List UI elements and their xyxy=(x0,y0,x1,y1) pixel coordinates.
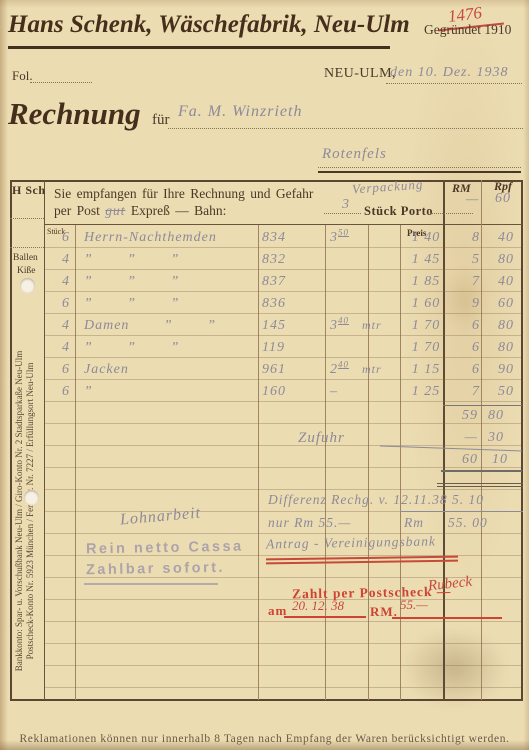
intro-line-2: per Post gut Expreß — Bahn: xyxy=(54,203,226,219)
intro-line-1: Sie empfangen für Ihre Rechnung und Gefa… xyxy=(54,186,313,202)
row-amount-rm: 7 xyxy=(448,384,480,400)
diff-note-handwritten: Differenz Rechg. v. 12.11.38 xyxy=(268,492,448,508)
row-amount-rm: 6 xyxy=(448,362,480,378)
subtotal-rpf: 80 xyxy=(488,408,504,424)
place-dotted-line xyxy=(318,167,521,168)
zufuhr-rm: — xyxy=(448,430,478,446)
row-amount-rpf: 80 xyxy=(488,252,524,268)
rm-label-handwritten: Rm xyxy=(404,515,424,531)
invoice-for-label: für xyxy=(152,112,170,129)
paid-date-line xyxy=(284,616,366,618)
stueck-porto-label: Stück Porto xyxy=(364,204,433,219)
table-row: 4Damen ” ”145340mtr1 70680 xyxy=(44,316,522,338)
row-price: 1 40 xyxy=(404,230,448,246)
row-amount-rm: 9 xyxy=(448,296,480,312)
intro-per-post: per Post xyxy=(54,203,100,218)
row-measure-value: 3 xyxy=(330,230,338,245)
row-amount-rm: 6 xyxy=(448,318,480,334)
zufuhr-handwritten: Zufuhr xyxy=(298,430,345,447)
row-amount-rpf: 80 xyxy=(488,340,524,356)
table-row: 4” ” ”8321 45580 xyxy=(44,250,522,272)
row-amount-rpf: 60 xyxy=(488,296,524,312)
paid-amount-handwritten: 55.— xyxy=(400,597,428,613)
row-description: Damen ” ” xyxy=(84,318,216,334)
invoice-page: Hans Schenk, Wäschefabrik, Neu-Ulm 1476 … xyxy=(0,0,529,750)
porto-rpf-handwritten: 60 xyxy=(495,191,511,207)
total-rpf: 10 xyxy=(492,452,508,468)
row-measure-value: 3 xyxy=(330,318,338,333)
row-price: 1 70 xyxy=(404,318,448,334)
row-amount-rpf: 90 xyxy=(488,362,524,378)
margin-dotted-2 xyxy=(10,247,44,248)
total-rm: 60 xyxy=(448,452,478,468)
row-amount-rpf: 50 xyxy=(488,384,524,400)
table-border-bottom xyxy=(10,699,523,701)
founded-label: Gegründet 1910 xyxy=(424,22,511,38)
row-description: ” ” ” xyxy=(84,252,179,268)
row-article-number: 145 xyxy=(262,318,322,334)
row-article-number: 160 xyxy=(262,384,322,400)
row-description: ” ” ” xyxy=(84,296,179,312)
postscheck-account-line: Postscheck-Konto Nr. 5923 München / Fern… xyxy=(25,322,36,700)
paid-amount-line xyxy=(392,617,502,619)
row-qty: 4 xyxy=(52,274,80,290)
row-amount-rpf: 80 xyxy=(488,318,524,334)
row-qty: 4 xyxy=(52,252,80,268)
table-row: 6”160–1 25750 xyxy=(44,382,522,404)
rm-amount-handwritten: 55. 00 xyxy=(448,515,488,531)
row-price: 1 60 xyxy=(404,296,448,312)
row-article-number: 961 xyxy=(262,362,322,378)
table-row: 4” ” ”8371 85740 xyxy=(44,272,522,294)
row-price: 1 85 xyxy=(404,274,448,290)
row-price: 1 15 xyxy=(404,362,448,378)
row-qty: 6 xyxy=(52,384,80,400)
intro-express-bahn: Expreß — Bahn: xyxy=(131,203,226,218)
row-article-number: 832 xyxy=(262,252,322,268)
date-handwritten: den 10. Dez. 1938 xyxy=(390,65,509,81)
row-article-number: 834 xyxy=(262,230,322,246)
city-label: NEU-ULM, xyxy=(324,66,396,82)
date-line xyxy=(386,83,522,84)
porto-rm-handwritten: — xyxy=(466,192,479,208)
invoice-title: Rechnung xyxy=(8,96,141,132)
row-amount-rm: 6 xyxy=(448,340,480,356)
row-amount-rm: 5 xyxy=(448,252,480,268)
row-amount-rm: 8 xyxy=(448,230,480,246)
company-underline xyxy=(8,46,390,49)
row-price: 1 45 xyxy=(404,252,448,268)
subtotal-line xyxy=(443,405,522,406)
diff-underline xyxy=(400,511,523,512)
punch-hole-bottom xyxy=(24,490,39,505)
header-separator xyxy=(44,224,522,225)
company-name: Hans Schenk, Wäschefabrik, Neu-Ulm xyxy=(8,11,410,39)
table-row: 6Jacken961240mtr1 15690 xyxy=(44,360,522,382)
row-measure-value: 2 xyxy=(330,362,338,377)
row-qty: 6 xyxy=(52,230,80,246)
bank-note-handwritten: Antrag - Vereinigungsbank xyxy=(266,534,436,553)
row-article-number: 836 xyxy=(262,296,322,312)
cassa-stamp-line-2: Zahlbar sofort. xyxy=(86,560,225,578)
row-qty: 6 xyxy=(52,296,80,312)
row-description: ” ” ” xyxy=(84,274,179,290)
customer-handwritten: Fa. M. Winzrieth xyxy=(178,103,302,121)
total-underline xyxy=(441,470,522,472)
row-measure-sup: 40 xyxy=(338,315,349,325)
row-measure: – xyxy=(330,384,370,400)
row-article-number: 837 xyxy=(262,274,322,290)
subtotal-rm: 59 xyxy=(448,408,478,424)
row-amount-rpf: 40 xyxy=(488,274,524,290)
place-solid-line xyxy=(318,171,521,173)
bank-details-vertical: Bankkonto: Spar- u. Vorschußbank Neu-Ulm… xyxy=(14,322,36,700)
margin-dotted-1 xyxy=(10,218,44,219)
row-qty: 4 xyxy=(52,318,80,334)
balance-double-line-2 xyxy=(437,486,523,487)
place-handwritten: Rotenfels xyxy=(322,146,387,163)
footer-claims-text: Reklamationen können nur innerhalb 8 Tag… xyxy=(10,733,519,745)
nur-note-handwritten: nur Rm 55.— xyxy=(268,515,351,531)
bank-account-line: Bankkonto: Spar- u. Vorschußbank Neu-Ulm… xyxy=(14,322,25,700)
row-amount-rm: 7 xyxy=(448,274,480,290)
row-qty: 6 xyxy=(52,362,80,378)
porto-dotted-right xyxy=(428,213,473,214)
row-price: 1 25 xyxy=(404,384,448,400)
punch-hole-top xyxy=(20,278,35,293)
hsch-label: H Sch xyxy=(12,183,46,198)
row-article-number: 119 xyxy=(262,340,322,356)
cassa-stamp-underline xyxy=(84,583,218,585)
ballen-label: Ballen xyxy=(13,253,38,263)
porto-dotted-left xyxy=(324,213,361,214)
row-measure: 350 xyxy=(330,230,370,246)
paid-date-handwritten: 20. 12. 38 xyxy=(292,598,344,614)
intro-strikethrough-word: gut xyxy=(105,203,125,218)
fol-line xyxy=(30,82,92,83)
row-unit: mtr xyxy=(362,362,398,377)
row-unit: mtr xyxy=(362,318,398,333)
row-measure-value: – xyxy=(330,384,338,399)
porto-count-handwritten: 3 xyxy=(342,197,350,213)
table-row: 6Herrn-Nachthemden8343501 40840 xyxy=(44,228,522,250)
row-description: ” xyxy=(84,384,93,400)
cassa-stamp-line-1: Rein netto Cassa xyxy=(86,539,244,558)
row-description: Jacken xyxy=(84,362,129,378)
row-amount-rpf: 40 xyxy=(488,230,524,246)
row-description: ” ” ” xyxy=(84,340,179,356)
diff-amount-handwritten: 5. 10 xyxy=(452,492,484,508)
row-qty: 4 xyxy=(52,340,80,356)
kisse-label: Kiße xyxy=(17,266,35,276)
row-measure-sup: 50 xyxy=(338,227,349,237)
balance-double-line-1 xyxy=(437,483,523,484)
table-row: 4” ” ”1191 70680 xyxy=(44,338,522,360)
zufuhr-rpf: 30 xyxy=(488,430,504,446)
row-description: Herrn-Nachthemden xyxy=(84,230,217,246)
customer-line xyxy=(168,128,523,129)
row-measure-sup: 40 xyxy=(338,359,349,369)
table-row: 6” ” ”8361 60960 xyxy=(44,294,522,316)
table-border-top xyxy=(10,180,523,182)
row-price: 1 70 xyxy=(404,340,448,356)
table-border-left xyxy=(10,180,12,701)
